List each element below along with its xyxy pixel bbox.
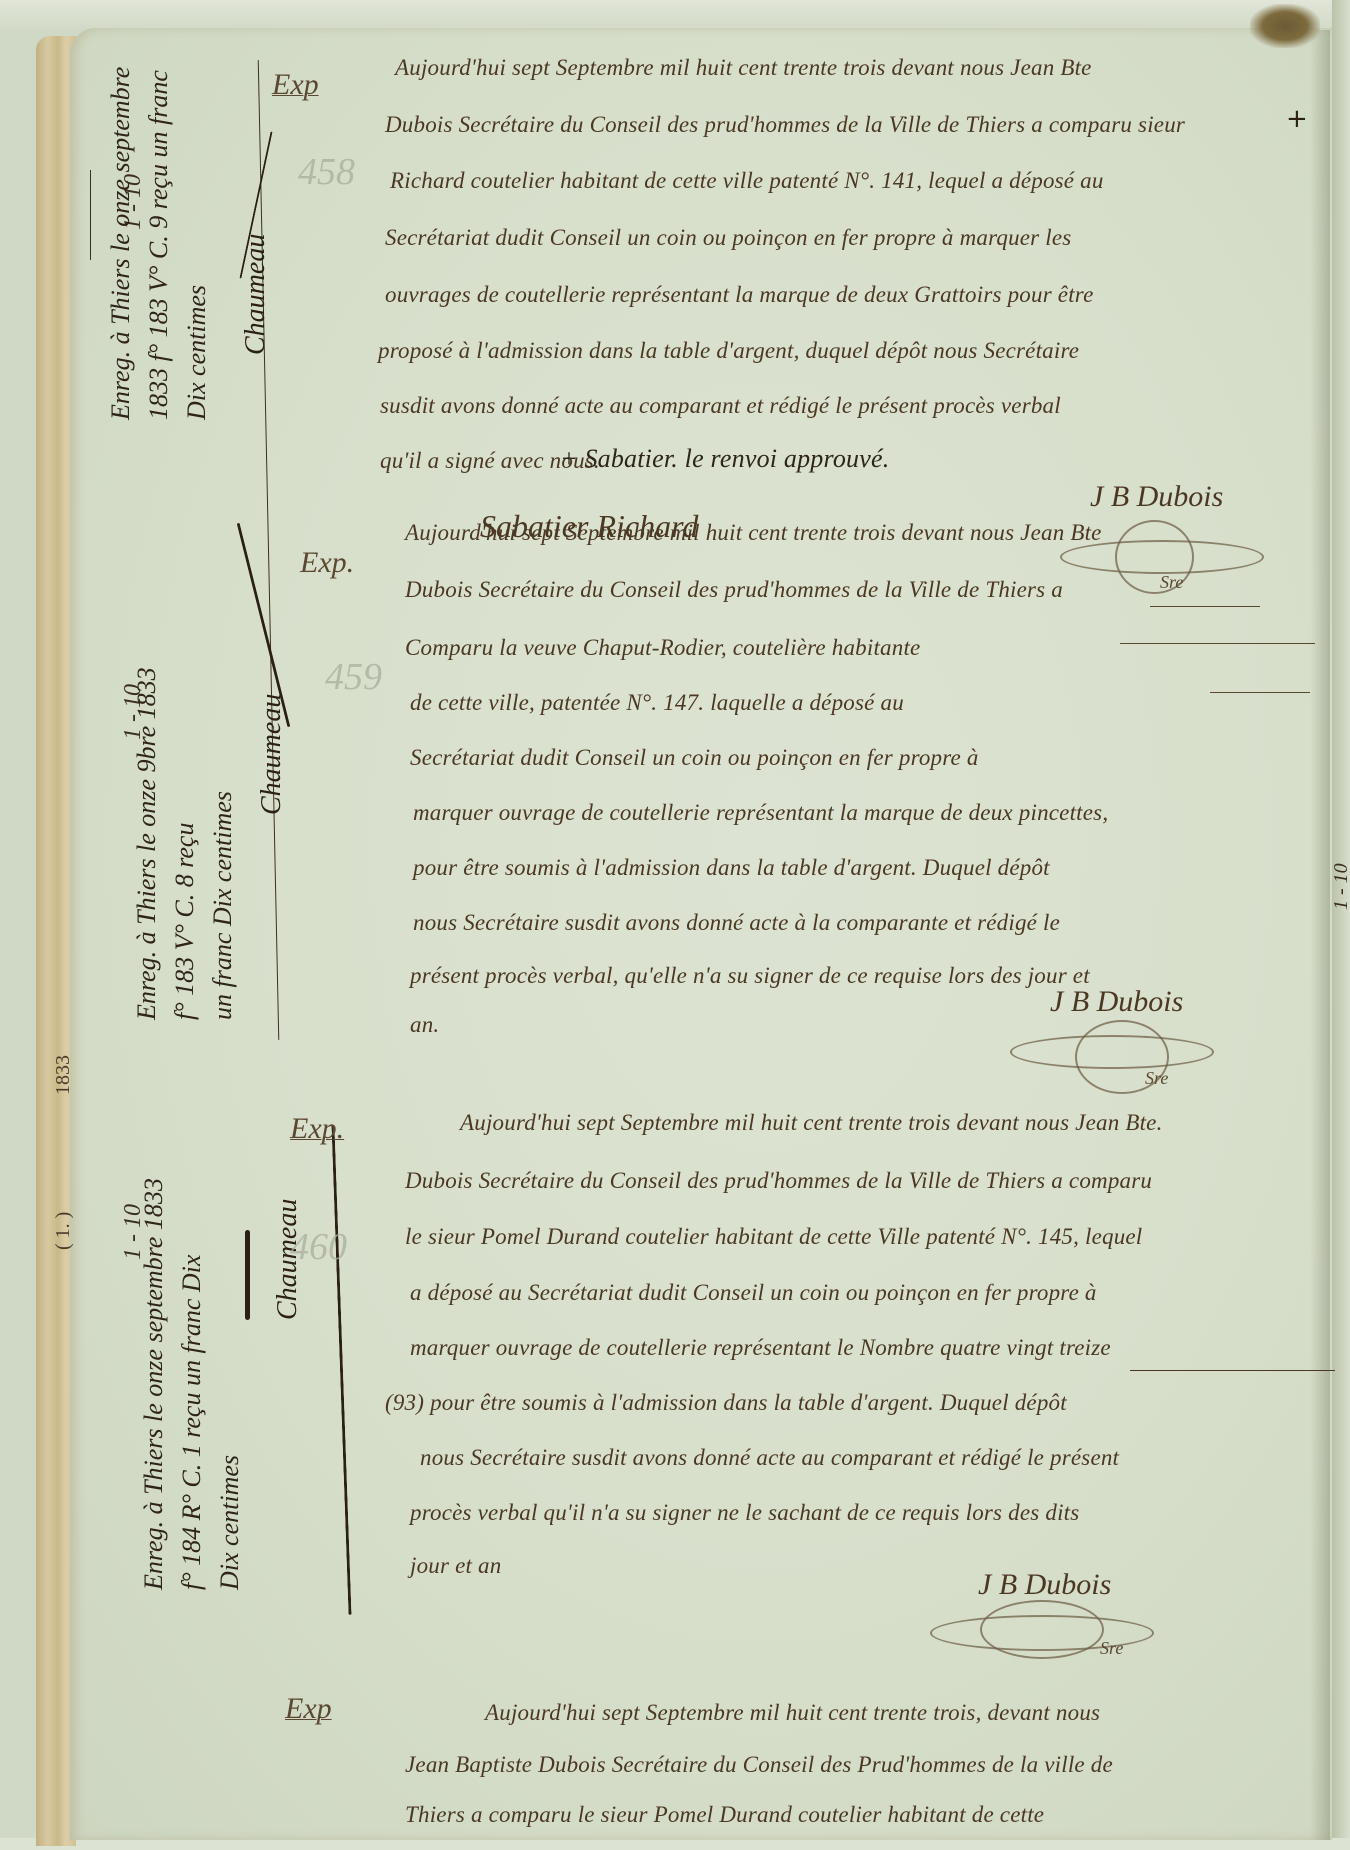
entry-1-line-6: proposé à l'admission dans la table d'ar… — [378, 338, 1079, 364]
entry-1-line-3: Richard coutelier habitant de cette vill… — [390, 168, 1104, 194]
entry-3-clerk-signature: J B Dubois — [978, 1568, 1111, 1602]
entry-2-line-6: marquer ouvrage de coutellerie représent… — [413, 800, 1108, 826]
entry-4-line-2: Jean Baptiste Dubois Secrétaire du Conse… — [405, 1752, 1113, 1778]
margin-fraction-1-rule — [90, 170, 93, 260]
margin-note-2-line-1: Enreg. à Thiers le onze 9bre 1833 — [128, 667, 166, 1020]
entry-2-line-7: pour être soumis à l'admission dans la t… — [413, 855, 1050, 881]
entry-3-line-6: (93) pour être soumis à l'admission dans… — [385, 1390, 1067, 1416]
entry-2-line-9: présent procès verbal, qu'elle n'a su si… — [410, 963, 1090, 989]
edge-fragment: ( 1. ) — [52, 1212, 75, 1250]
margin-note-1: Enreg. à Thiers le onze septembre 1833 f… — [102, 67, 216, 420]
margin-note-3-line-1: Enreg. à Thiers le onze septembre 1833 — [135, 1178, 173, 1590]
entry-3-line-8: procès verbal qu'il n'a su signer ne le … — [410, 1500, 1079, 1526]
margin-note-1-line-1: Enreg. à Thiers le onze septembre — [102, 67, 140, 420]
entry-4-line-1: Aujourd'hui sept Septembre mil huit cent… — [485, 1700, 1100, 1726]
entry-3-exp-label: Exp. — [290, 1112, 344, 1146]
edge-year: 1833 — [52, 1055, 75, 1095]
entry-2-line-4: de cette ville, patentée N°. 147. laquel… — [410, 690, 904, 716]
entry-3-line-4: a déposé au Secrétariat dudit Conseil un… — [410, 1280, 1097, 1306]
margin-note-1-line-2: 1833 f° 183 V° C. 9 reçu un franc — [140, 67, 178, 420]
entry-3-signature-suffix: Sre — [1100, 1638, 1123, 1659]
entry-2-line-2: Dubois Secrétaire du Conseil des prud'ho… — [405, 577, 1063, 603]
entry-3-line-7: nous Secrétaire susdit avons donné acte … — [420, 1445, 1119, 1471]
entry-2-line-10: an. — [410, 1012, 439, 1038]
margin-note-1-line-3: Dix centimes — [178, 67, 216, 420]
margin-note-2-line-2: f° 183 V° C. 8 reçu — [166, 667, 204, 1020]
entry-2-line-3-filler — [1150, 606, 1260, 607]
entry-4-line-3: Thiers a comparu le sieur Pomel Durand c… — [405, 1802, 1044, 1828]
entry-1-line-1: Aujourd'hui sept Septembre mil huit cent… — [395, 55, 1092, 81]
entry-1-line-2: Dubois Secrétaire du Conseil des prud'ho… — [385, 112, 1185, 138]
entry-2-line-3: Comparu la veuve Chaput-Rodier, couteliè… — [405, 635, 920, 661]
entry-1-number: 458 — [298, 150, 355, 194]
entry-2-line-5: Secrétariat dudit Conseil un coin ou poi… — [410, 745, 979, 771]
entry-1-signature-suffix: Sre — [1160, 572, 1183, 593]
entry-3-underline — [1130, 1370, 1335, 1371]
right-margin-fraction: 1 - 10 — [1330, 863, 1350, 910]
entry-1-marginal-addition: + Sabatier. le renvoi approuvé. — [560, 444, 889, 474]
margin-note-3-line-2: f° 184 R° C. 1 reçu un franc Dix — [173, 1178, 211, 1590]
entry-1-clerk-signature: J B Dubois — [1090, 480, 1223, 514]
entry-3-line-1: Aujourd'hui sept Septembre mil huit cent… — [460, 1110, 1163, 1136]
entry-2-signature-suffix: Sre — [1145, 1068, 1168, 1089]
margin-note-2: Enreg. à Thiers le onze 9bre 1833 f° 183… — [128, 667, 242, 1020]
margin-note-2-line-3: un franc Dix centimes — [204, 667, 242, 1020]
margin-note-3: Enreg. à Thiers le onze septembre 1833 f… — [135, 1178, 249, 1590]
entry-3-line-2: Dubois Secrétaire du Conseil des prud'ho… — [405, 1168, 1152, 1194]
entry-3-line-5: marquer ouvrage de coutellerie représent… — [410, 1335, 1111, 1361]
entry-2-number: 459 — [325, 655, 382, 699]
entry-2-line-4-filler — [1120, 643, 1315, 644]
entry-1-line-5: ouvrages de coutellerie représentant la … — [385, 282, 1094, 308]
page-gutter-shadow — [1310, 30, 1330, 1840]
entry-2-line-5-filler — [1210, 692, 1310, 693]
entry-1-exp-label: Exp — [272, 68, 319, 102]
entry-1-cross-mark: + — [1286, 104, 1308, 134]
entry-4-exp-label: Exp — [285, 1692, 332, 1726]
margin-stroke-3 — [245, 1230, 250, 1320]
entry-1-line-4: Secrétariat dudit Conseil un coin ou poi… — [385, 225, 1071, 251]
entry-1-line-7: susdit avons donné acte au comparant et … — [380, 393, 1061, 419]
entry-2-line-8: nous Secrétaire susdit avons donné acte … — [413, 910, 1060, 936]
entry-3-number: 460 — [290, 1225, 347, 1269]
margin-note-3-line-3: Dix centimes — [211, 1178, 249, 1590]
entry-3-line-3: le sieur Pomel Durand coutelier habitant… — [405, 1224, 1142, 1250]
entry-3-line-9: jour et an — [410, 1553, 501, 1579]
entry-2-clerk-signature: J B Dubois — [1050, 985, 1183, 1019]
entry-2-line-1: Aujourd'hui sept Septembre mil huit cent… — [405, 520, 1102, 546]
entry-2-exp-label: Exp. — [300, 546, 354, 580]
scan-right-border — [1332, 0, 1350, 1850]
scan-top-border — [0, 0, 1350, 28]
entry-3-signature-loop — [980, 1600, 1104, 1659]
